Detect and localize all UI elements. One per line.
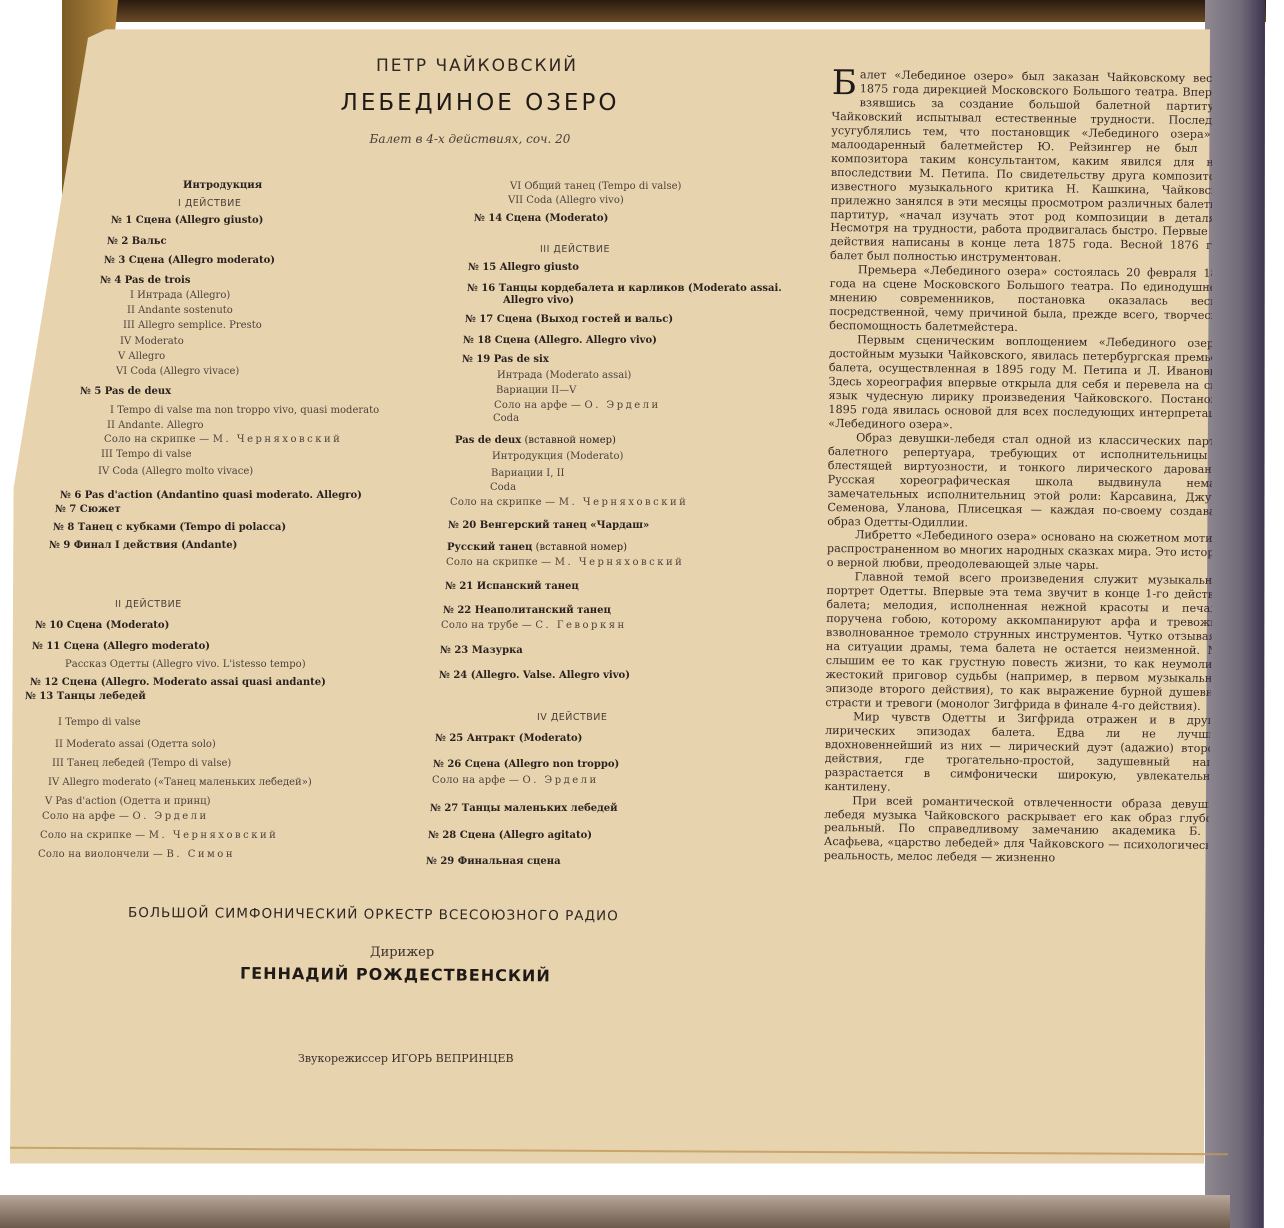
track-item: № 16 Танцы кордебалета и карликов (Moder… (467, 284, 782, 294)
act-heading: IV ДЕЙСТВИЕ (537, 713, 607, 723)
track-text: Allegro vivo) (503, 295, 574, 306)
soloist-credit: Соло на скрипке — М. Черняховский (104, 435, 342, 445)
track-item: IV Moderato (120, 337, 184, 347)
track-item: № 1 Сцена (Allegro giusto) (111, 216, 263, 226)
track-text: № 4 Pas de trois (100, 275, 190, 286)
composer-name: ПЕТР ЧАЙКОВСКИЙ (352, 56, 602, 76)
track-item: Coda (490, 483, 516, 493)
track-text: Соло на скрипке — (446, 557, 555, 568)
track-text: II Andante. Allegro (107, 420, 204, 431)
track-text: Coda (490, 482, 516, 493)
track-item: VII Coda (Allegro vivo) (508, 196, 624, 206)
track-text: № 10 Сцена (Moderato) (35, 620, 169, 631)
track-text: III Allegro semplice. Presto (123, 320, 262, 331)
soloist-name: В. Симон (167, 849, 236, 860)
track-item: № 29 Финальная сцена (426, 857, 561, 867)
track-item: № 11 Сцена (Allegro moderato) (32, 642, 210, 652)
track-item: № 5 Pas de deux (80, 387, 171, 397)
track-text: № 22 Неаполитанский танец (443, 605, 611, 616)
work-subtitle: Балет в 4-х действиях, соч. 20 (320, 132, 620, 146)
act-heading: III ДЕЙСТВИЕ (540, 245, 610, 255)
track-item: II Moderato assai (Одетта solo) (55, 740, 216, 750)
track-item: № 23 Мазурка (440, 646, 523, 656)
track-item: II Andante. Allegro (107, 421, 204, 431)
track-text: III Tempo di valse (101, 449, 192, 460)
track-item: VI Общий танец (Tempo di valse) (510, 182, 681, 192)
track-text: Соло на скрипке — (104, 434, 213, 445)
track-item: I Tempo di valse ma non troppo vivo, qua… (110, 406, 379, 416)
track-item: IV Allegro moderato («Танец маленьких ле… (48, 778, 312, 788)
soloist-credit: Соло на арфе — О. Эрдели (42, 812, 209, 822)
track-item: № 12 Сцена (Allegro. Moderato assai quas… (30, 678, 326, 688)
track-note: (вставной номер) (532, 542, 627, 553)
liner-notes-page: ПЕТР ЧАЙКОВСКИЙ ЛЕБЕДИНОЕ ОЗЕРО Балет в … (0, 0, 1284, 1228)
track-text: I ДЕЙСТВИЕ (178, 198, 241, 209)
track-item: Pas de deux (вставной номер) (455, 436, 616, 446)
soloist-credit: Соло на виолончели — В. Симон (38, 850, 235, 860)
soloist-credit: Соло на скрипке — М. Черняховский (446, 558, 684, 568)
track-text: Соло на трубе — (441, 620, 535, 631)
track-item: № 20 Венгерский танец «Чардаш» (448, 521, 649, 531)
track-item: № 18 Сцена (Allegro. Allegro vivo) (463, 336, 657, 346)
track-text: Соло на скрипке — (40, 830, 149, 841)
essay-paragraph: Либретто «Лебединого озера» основано на … (827, 528, 1212, 574)
track-item: № 27 Танцы маленьких лебедей (430, 804, 618, 814)
track-text: Русский танец (447, 542, 532, 553)
act-heading: I ДЕЙСТВИЕ (178, 199, 241, 209)
soloist-credit: Соло на арфе — О. Эрдели (432, 776, 599, 786)
track-text: № 13 Танцы лебедей (25, 691, 146, 702)
soloist-credit: Соло на трубе — С. Геворкян (441, 621, 627, 631)
track-item: № 21 Испанский танец (445, 582, 579, 592)
track-text: № 19 Pas de six (462, 354, 549, 365)
track-text: Соло на виолончели — (38, 849, 167, 860)
track-text: № 27 Танцы маленьких лебедей (430, 803, 618, 814)
track-text: I Tempo di valse (58, 717, 141, 728)
track-text: № 2 Вальс (107, 236, 167, 247)
essay-paragraph: При всей романтической отвлеченности обр… (824, 794, 1212, 868)
track-text: Соло на скрипке — (450, 497, 559, 508)
essay-paragraph: Образ девушки-лебедя стал одной из класс… (827, 431, 1212, 533)
track-item: I Интрада (Allegro) (130, 291, 230, 301)
track-item: II Andante sostenuto (127, 306, 233, 316)
essay-text: Балет «Лебединое озеро» был заказан Чайк… (824, 68, 1212, 867)
track-text: I Интрада (Allegro) (130, 290, 230, 301)
track-text: VI Общий танец (Tempo di valse) (510, 181, 681, 192)
track-item: № 28 Сцена (Allegro agitato) (428, 831, 592, 841)
track-item: V Allegro (118, 352, 165, 362)
track-item: № 7 Сюжет (55, 505, 121, 515)
track-item: III Allegro semplice. Presto (123, 321, 262, 331)
track-text: VI Coda (Allegro vivace) (116, 366, 239, 377)
track-text: № 12 Сцена (Allegro. Moderato assai quas… (30, 677, 326, 688)
track-item: № 6 Pas d'action (Andantino quasi modera… (60, 491, 362, 501)
track-text: № 14 Сцена (Moderato) (474, 213, 608, 224)
track-item: № 4 Pas de trois (100, 276, 190, 286)
track-text: № 18 Сцена (Allegro. Allegro vivo) (463, 335, 657, 346)
track-text: № 11 Сцена (Allegro moderato) (32, 641, 210, 652)
track-item: № 3 Сцена (Allegro moderato) (104, 256, 275, 266)
track-note: (вставной номер) (521, 435, 616, 446)
track-text: № 29 Финальная сцена (426, 856, 561, 867)
track-text: Интродукция (183, 180, 262, 191)
track-text: II ДЕЙСТВИЕ (115, 599, 182, 610)
track-item: № 2 Вальс (107, 237, 167, 247)
track-text: № 3 Сцена (Allegro moderato) (104, 255, 275, 266)
soloist-name: М. Черняховский (213, 434, 343, 445)
track-text: Соло на арфе — (432, 775, 523, 786)
track-item: № 15 Allegro giusto (468, 263, 579, 273)
track-text: № 24 (Allegro. Valse. Allegro vivo) (439, 670, 630, 681)
track-item: Интродукция (Moderato) (492, 452, 623, 462)
track-item: № 8 Танец с кубками (Tempo di polacca) (53, 523, 286, 533)
track-text: III Танец лебедей (Tempo di valse) (52, 758, 231, 769)
track-text: Интрада (Moderato assai) (497, 370, 631, 381)
conductor-label: Дирижер (370, 945, 434, 960)
soloist-credit: Соло на скрипке — М. Черняховский (450, 498, 688, 508)
soloist-name: С. Геворкян (535, 620, 626, 631)
track-item: Allegro vivo) (503, 296, 574, 306)
track-item: № 24 (Allegro. Valse. Allegro vivo) (439, 671, 630, 681)
track-text: Вариации II—V (496, 385, 576, 396)
track-item: Вариации I, II (491, 469, 565, 479)
track-text: V Pas d'action (Одетта и принц) (45, 796, 210, 807)
track-text: Pas de deux (455, 435, 521, 446)
track-text: Соло на арфе — (494, 400, 585, 411)
track-item: Coda (493, 414, 519, 424)
essay-paragraph: Главной темой всего произведения служит … (825, 570, 1212, 714)
soloist-credit: Соло на арфе — О. Эрдели (494, 401, 661, 411)
track-item: № 10 Сцена (Moderato) (35, 621, 169, 631)
track-item: Рассказ Одетты (Allegro vivo. L'istesso … (65, 660, 306, 670)
track-item: Русский танец (вставной номер) (447, 543, 627, 553)
track-text: Coda (493, 413, 519, 424)
track-text: VII Coda (Allegro vivo) (508, 195, 624, 206)
essay-paragraph: Первым сценическим воплощением «Лебедино… (828, 333, 1212, 435)
track-text: № 17 Сцена (Выход гостей и вальс) (465, 314, 673, 325)
track-text: I Tempo di valse ma non troppo vivo, qua… (110, 405, 379, 416)
track-text: № 15 Allegro giusto (468, 262, 579, 273)
track-item: Интродукция (183, 181, 262, 191)
essay-paragraph: Балет «Лебединое озеро» был заказан Чайк… (830, 68, 1212, 268)
track-item: № 14 Сцена (Moderato) (474, 214, 608, 224)
track-text: Интродукция (Moderato) (492, 451, 623, 462)
soloist-name: М. Черняховский (555, 557, 685, 568)
track-text: IV Moderato (120, 336, 184, 347)
soloist-name: О. Эрдели (133, 811, 209, 822)
conductor-name: ГЕННАДИЙ РОЖДЕСТВЕНСКИЙ (240, 964, 551, 986)
track-item: Интрада (Moderato assai) (497, 371, 631, 381)
soloist-name: М. Черняховский (559, 497, 689, 508)
track-item: VI Coda (Allegro vivace) (116, 367, 239, 377)
track-text: № 28 Сцена (Allegro agitato) (428, 830, 592, 841)
track-item: I Tempo di valse (58, 718, 141, 728)
soloist-credit: Соло на скрипке — М. Черняховский (40, 831, 278, 841)
essay-paragraph: Премьера «Лебединого озера» состоялась 2… (829, 263, 1212, 337)
essay-paragraph: Мир чувств Одетты и Зигфрида отражен и в… (824, 710, 1212, 798)
track-text: Соло на арфе — (42, 811, 133, 822)
track-text: № 26 Сцена (Allegro non troppo) (433, 759, 619, 770)
track-text: № 21 Испанский танец (445, 581, 579, 592)
soloist-name: О. Эрдели (523, 775, 599, 786)
soloist-name: М. Черняховский (149, 830, 279, 841)
track-item: № 22 Неаполитанский танец (443, 606, 611, 616)
track-item: IV Coda (Allegro molto vivace) (98, 467, 253, 477)
drop-cap: Б (832, 68, 857, 98)
track-text: № 6 Pas d'action (Andantino quasi modera… (60, 490, 362, 501)
work-title: ЛЕБЕДИНОЕ ОЗЕРО (300, 90, 660, 116)
track-item: III Tempo di valse (101, 450, 192, 460)
track-item: Вариации II—V (496, 386, 576, 396)
track-item: № 19 Pas de six (462, 355, 549, 365)
track-text: № 9 Финал I действия (Andante) (49, 540, 237, 551)
track-item: № 13 Танцы лебедей (25, 692, 146, 702)
essay-clip: Балет «Лебединое озеро» был заказан Чайк… (800, 40, 1212, 1100)
track-item: № 26 Сцена (Allegro non troppo) (433, 760, 619, 770)
track-text: III ДЕЙСТВИЕ (540, 244, 610, 255)
track-text: IV Coda (Allegro molto vivace) (98, 466, 253, 477)
act-heading: II ДЕЙСТВИЕ (115, 600, 182, 610)
sound-engineer-credit: Звукорежиссер ИГОРЬ ВЕПРИНЦЕВ (298, 1052, 514, 1065)
track-text: № 5 Pas de deux (80, 386, 171, 397)
track-text: Рассказ Одетты (Allegro vivo. L'istesso … (65, 659, 306, 670)
soloist-name: О. Эрдели (585, 400, 661, 411)
track-text: № 1 Сцена (Allegro giusto) (111, 215, 263, 226)
track-text: IV Allegro moderato («Танец маленьких ле… (48, 777, 312, 788)
track-text: № 16 Танцы кордебалета и карликов (Moder… (467, 283, 782, 294)
track-text: IV ДЕЙСТВИЕ (537, 712, 607, 723)
track-item: № 9 Финал I действия (Andante) (49, 541, 237, 551)
orchestra-credit: БОЛЬШОЙ СИМФОНИЧЕСКИЙ ОРКЕСТР ВСЕСОЮЗНОГ… (128, 905, 728, 925)
track-text: V Allegro (118, 351, 165, 362)
track-text: Вариации I, II (491, 468, 565, 479)
track-item: № 17 Сцена (Выход гостей и вальс) (465, 315, 673, 325)
track-text: № 8 Танец с кубками (Tempo di polacca) (53, 522, 286, 533)
track-text: № 20 Венгерский танец «Чардаш» (448, 520, 649, 531)
track-text: № 23 Мазурка (440, 645, 523, 656)
track-item: № 25 Антракт (Moderato) (435, 734, 582, 744)
track-item: V Pas d'action (Одетта и принц) (45, 797, 210, 807)
track-text: № 25 Антракт (Moderato) (435, 733, 582, 744)
track-text: II Andante sostenuto (127, 305, 233, 316)
track-item: III Танец лебедей (Tempo di valse) (52, 759, 231, 769)
track-text: II Moderato assai (Одетта solo) (55, 739, 216, 750)
track-text: № 7 Сюжет (55, 504, 121, 515)
